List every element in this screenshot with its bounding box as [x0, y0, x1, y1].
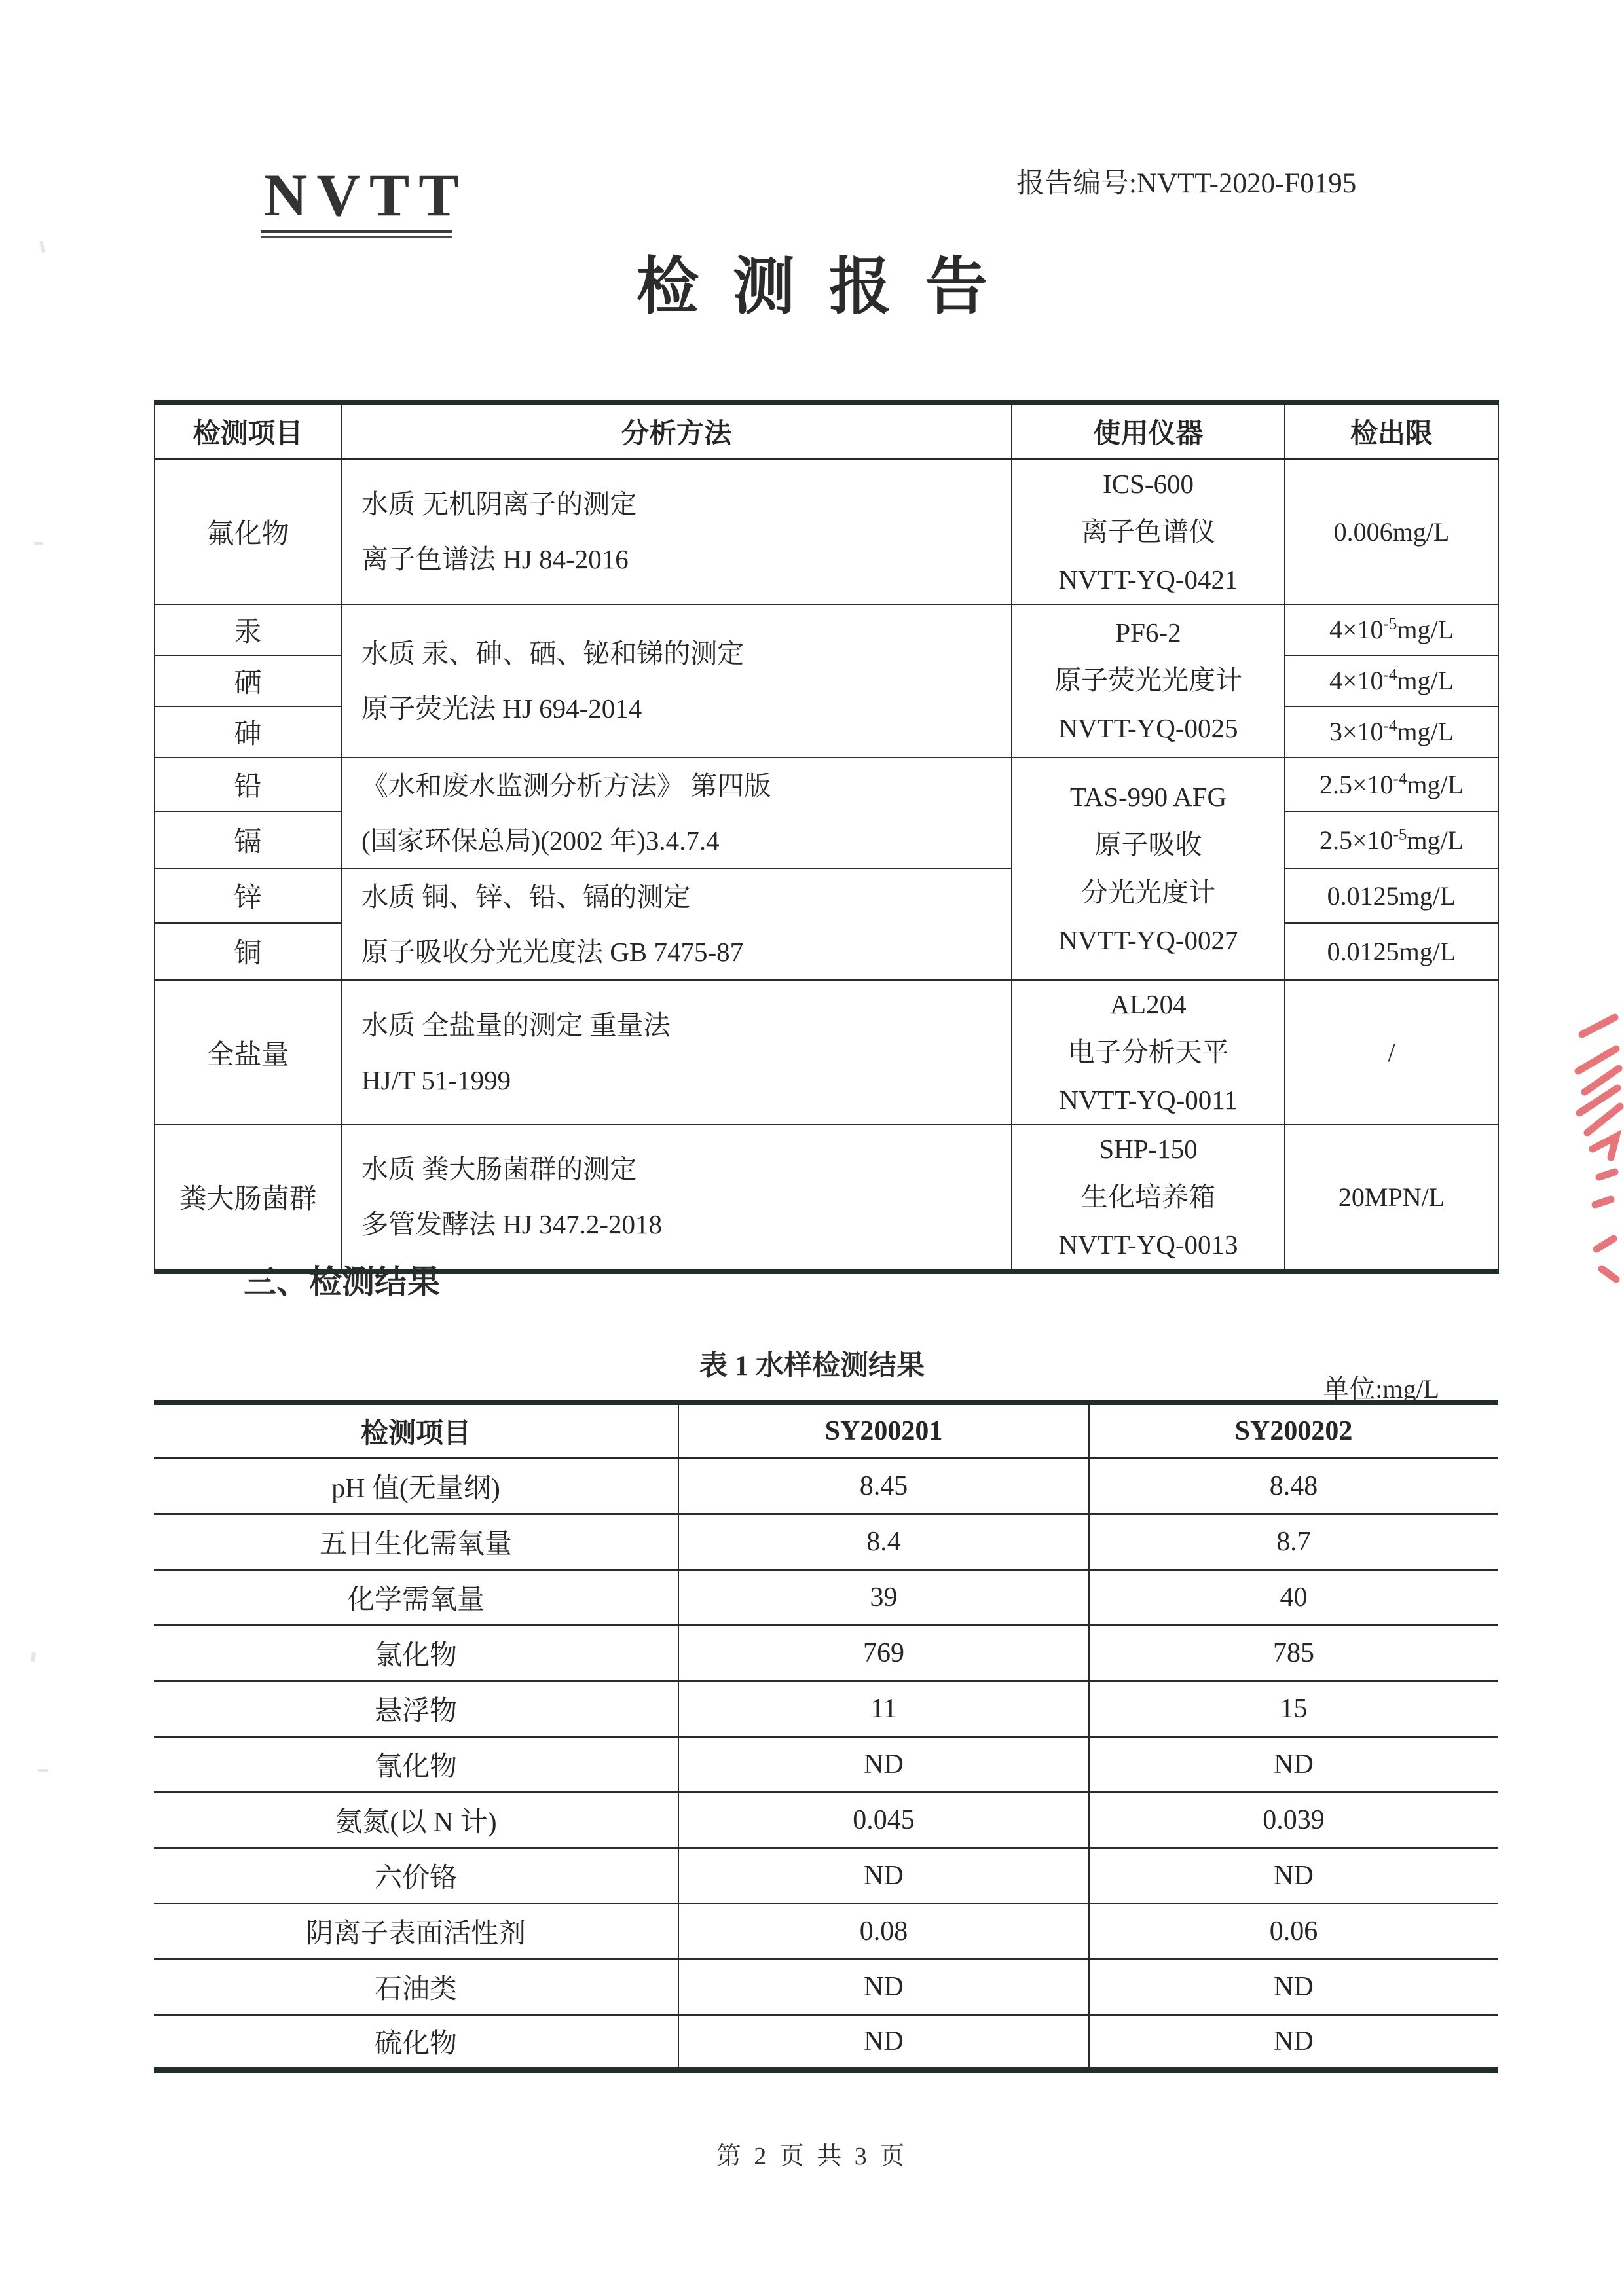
table-row: 全盐量 水质 全盐量的测定 重量法 HJ/T 51-1999 AL204 电子分… — [155, 980, 1498, 1125]
param-cell: 氯化物 — [154, 1625, 678, 1681]
col-header-limit: 检出限 — [1285, 403, 1498, 459]
red-stamp-fragment — [1573, 1008, 1624, 1290]
result-cell: 0.045 — [678, 1792, 1089, 1848]
table-row: 氨氮(以 N 计) 0.045 0.039 — [154, 1792, 1498, 1848]
method-line: 水质 无机阴离子的测定 — [361, 477, 1011, 532]
instrument-line: NVTT-YQ-0013 — [1012, 1221, 1284, 1269]
limit-cell: 4×10-4mg/L — [1285, 655, 1498, 706]
limit-unit: mg/L — [1397, 666, 1454, 695]
report-number-value: NVTT-2020-F0195 — [1137, 168, 1356, 199]
col-header-item: 检测项目 — [154, 1402, 678, 1458]
page-title: 检测报告 — [0, 237, 1624, 326]
scan-artifact — [31, 1652, 36, 1662]
instrument-line: TAS-990 AFG — [1012, 773, 1284, 821]
result-cell: ND — [1089, 2014, 1498, 2070]
result-cell: ND — [678, 2014, 1089, 2070]
result-cell: ND — [678, 1848, 1089, 1903]
method-line: 水质 全盐量的测定 重量法 — [361, 998, 1011, 1053]
method-line: 多管发酵法 HJ 347.2-2018 — [361, 1197, 1011, 1252]
instrument-line: PF6-2 — [1012, 609, 1284, 657]
result-cell: ND — [1089, 1959, 1498, 2014]
report-number-label: 报告编号: — [1016, 168, 1137, 199]
col-header-item: 检测项目 — [155, 403, 341, 459]
page-number: 第 2 页 共 3 页 — [0, 2136, 1624, 2172]
instrument-cell: TAS-990 AFG 原子吸收 分光光度计 NVTT-YQ-0027 — [1012, 757, 1285, 980]
method-line: 水质 粪大肠菌群的测定 — [361, 1142, 1011, 1197]
limit-base: 0.0125mg/L — [1327, 937, 1456, 966]
table-row: 悬浮物 11 15 — [154, 1681, 1498, 1736]
scan-artifact — [38, 1769, 48, 1772]
col-header-method: 分析方法 — [341, 403, 1012, 459]
instrument-cell: ICS-600 离子色谱仪 NVTT-YQ-0421 — [1012, 459, 1285, 604]
param-cell: 化学需氧量 — [154, 1569, 678, 1625]
limit-cell: 2.5×10-5mg/L — [1285, 812, 1498, 869]
param-cell: pH 值(无量纲) — [154, 1458, 678, 1514]
limit-base: 3×10 — [1329, 717, 1384, 746]
result-cell: 15 — [1089, 1681, 1498, 1736]
result-cell: 8.45 — [678, 1458, 1089, 1514]
result-cell: 8.48 — [1089, 1458, 1498, 1514]
method-line: HJ/T 51-1999 — [361, 1053, 1011, 1108]
limit-base: 4×10 — [1329, 666, 1384, 695]
instrument-line: NVTT-YQ-0011 — [1012, 1076, 1284, 1124]
method-cell: 水质 铜、锌、铅、镉的测定 原子吸收分光光度法 GB 7475-87 — [341, 869, 1012, 980]
result-cell: 0.039 — [1089, 1792, 1498, 1848]
table-row: 化学需氧量 39 40 — [154, 1569, 1498, 1625]
method-cell: 水质 无机阴离子的测定 离子色谱法 HJ 84-2016 — [341, 459, 1012, 604]
param-cell: 全盐量 — [155, 980, 341, 1125]
limit-base: 4×10 — [1329, 615, 1384, 644]
result-cell: ND — [1089, 1736, 1498, 1792]
table-row: 五日生化需氧量 8.4 8.7 — [154, 1514, 1498, 1569]
param-cell: 五日生化需氧量 — [154, 1514, 678, 1569]
instrument-line: NVTT-YQ-0421 — [1012, 556, 1284, 604]
param-cell: 石油类 — [154, 1959, 678, 2014]
result-cell: 39 — [678, 1569, 1089, 1625]
limit-base: 0.006mg/L — [1334, 517, 1450, 547]
param-cell: 悬浮物 — [154, 1681, 678, 1736]
method-line: 原子吸收分光光度法 GB 7475-87 — [361, 924, 1011, 979]
table-header-row: 检测项目 分析方法 使用仪器 检出限 — [155, 403, 1498, 459]
limit-base: 0.0125mg/L — [1327, 881, 1456, 911]
method-cell: 《水和废水监测分析方法》 第四版 (国家环保总局)(2002 年)3.4.7.4 — [341, 757, 1012, 869]
table-header-row: 检测项目 SY200201 SY200202 — [154, 1402, 1498, 1458]
limit-cell: 20MPN/L — [1285, 1125, 1498, 1271]
limit-unit: mg/L — [1407, 770, 1464, 799]
instrument-line: AL204 — [1012, 981, 1284, 1029]
param-cell: 氟化物 — [155, 459, 341, 604]
result-cell: 769 — [678, 1625, 1089, 1681]
table-row: 阴离子表面活性剂 0.08 0.06 — [154, 1903, 1498, 1959]
param-cell: 氨氮(以 N 计) — [154, 1792, 678, 1848]
table-row: 氟化物 水质 无机阴离子的测定 离子色谱法 HJ 84-2016 ICS-600… — [155, 459, 1498, 604]
instrument-line: 原子荧光光度计 — [1012, 657, 1284, 704]
param-cell: 阴离子表面活性剂 — [154, 1903, 678, 1959]
param-cell: 硒 — [155, 655, 341, 706]
instrument-cell: AL204 电子分析天平 NVTT-YQ-0011 — [1012, 980, 1285, 1125]
limit-cell: / — [1285, 980, 1498, 1125]
limit-exponent: -5 — [1393, 826, 1407, 844]
method-line: 《水和废水监测分析方法》 第四版 — [361, 758, 1011, 813]
param-cell: 六价铬 — [154, 1848, 678, 1903]
nvtt-logo: NVTT — [264, 165, 468, 225]
limit-base: 2.5×10 — [1319, 826, 1393, 855]
instrument-line: NVTT-YQ-0027 — [1012, 917, 1284, 964]
limit-unit: mg/L — [1397, 615, 1454, 644]
limit-cell: 0.0125mg/L — [1285, 869, 1498, 923]
results-table: 检测项目 SY200201 SY200202 pH 值(无量纲) 8.45 8.… — [154, 1400, 1498, 2073]
param-cell: 硫化物 — [154, 2014, 678, 2070]
table-row: 六价铬 ND ND — [154, 1848, 1498, 1903]
logo-underline — [261, 230, 452, 233]
limit-cell: 3×10-4mg/L — [1285, 706, 1498, 757]
result-cell: 8.4 — [678, 1514, 1089, 1569]
table-row: 石油类 ND ND — [154, 1959, 1498, 2014]
method-line: (国家环保总局)(2002 年)3.4.7.4 — [361, 813, 1011, 868]
instrument-cell: SHP-150 生化培养箱 NVTT-YQ-0013 — [1012, 1125, 1285, 1271]
table-row: 氰化物 ND ND — [154, 1736, 1498, 1792]
methods-table: 检测项目 分析方法 使用仪器 检出限 氟化物 水质 无机阴离子的测定 离子色谱法… — [154, 400, 1499, 1274]
method-cell: 水质 粪大肠菌群的测定 多管发酵法 HJ 347.2-2018 — [341, 1125, 1012, 1271]
method-cell: 水质 全盐量的测定 重量法 HJ/T 51-1999 — [341, 980, 1012, 1125]
instrument-line: ICS-600 — [1012, 460, 1284, 508]
param-cell: 镉 — [155, 812, 341, 869]
report-number: 报告编号:NVTT-2020-F0195 — [1016, 161, 1356, 201]
table-row: 氯化物 769 785 — [154, 1625, 1498, 1681]
limit-exponent: -4 — [1384, 718, 1397, 735]
limit-base: 2.5×10 — [1319, 770, 1393, 799]
instrument-line: 原子吸收 — [1012, 821, 1284, 869]
section-heading: 三、检测结果 — [244, 1256, 440, 1303]
report-page: NVTT 报告编号:NVTT-2020-F0195 检测报告 检测项目 分析方法… — [0, 0, 1624, 2296]
method-line: 离子色谱法 HJ 84-2016 — [361, 532, 1011, 587]
method-line: 水质 汞、砷、硒、铋和锑的测定 — [361, 626, 1011, 681]
param-cell: 锌 — [155, 869, 341, 923]
col-header-sample-1: SY200201 — [678, 1402, 1089, 1458]
table-row: pH 值(无量纲) 8.45 8.48 — [154, 1458, 1498, 1514]
limit-cell: 4×10-5mg/L — [1285, 604, 1498, 655]
limit-base: / — [1388, 1038, 1395, 1067]
method-cell: 水质 汞、砷、硒、铋和锑的测定 原子荧光法 HJ 694-2014 — [341, 604, 1012, 757]
param-cell: 汞 — [155, 604, 341, 655]
instrument-line: 离子色谱仪 — [1012, 508, 1284, 556]
result-cell: 8.7 — [1089, 1514, 1498, 1569]
table-row: 汞 水质 汞、砷、硒、铋和锑的测定 原子荧光法 HJ 694-2014 PF6-… — [155, 604, 1498, 655]
limit-exponent: -4 — [1384, 666, 1397, 684]
scan-artifact — [34, 542, 43, 545]
instrument-line: 电子分析天平 — [1012, 1029, 1284, 1076]
method-line: 水质 铜、锌、铅、镉的测定 — [361, 869, 1011, 924]
result-cell: ND — [678, 1736, 1089, 1792]
result-cell: 785 — [1089, 1625, 1498, 1681]
instrument-line: NVTT-YQ-0025 — [1012, 704, 1284, 752]
limit-cell: 0.0125mg/L — [1285, 923, 1498, 980]
result-cell: 0.06 — [1089, 1903, 1498, 1959]
instrument-line: SHP-150 — [1012, 1125, 1284, 1173]
table-row: 粪大肠菌群 水质 粪大肠菌群的测定 多管发酵法 HJ 347.2-2018 SH… — [155, 1125, 1498, 1271]
instrument-cell: PF6-2 原子荧光光度计 NVTT-YQ-0025 — [1012, 604, 1285, 757]
instrument-line: 分光光度计 — [1012, 869, 1284, 917]
param-cell: 铜 — [155, 923, 341, 980]
limit-unit: mg/L — [1397, 717, 1454, 746]
param-cell: 铅 — [155, 757, 341, 812]
limit-unit: mg/L — [1407, 826, 1464, 855]
table-row: 锌 水质 铜、锌、铅、镉的测定 原子吸收分光光度法 GB 7475-87 0.0… — [155, 869, 1498, 923]
limit-exponent: -4 — [1393, 771, 1407, 788]
result-cell: 0.08 — [678, 1903, 1089, 1959]
limit-cell: 2.5×10-4mg/L — [1285, 757, 1498, 812]
table-row: 硫化物 ND ND — [154, 2014, 1498, 2070]
param-cell: 粪大肠菌群 — [155, 1125, 341, 1271]
param-cell: 氰化物 — [154, 1736, 678, 1792]
param-cell: 砷 — [155, 706, 341, 757]
col-header-instrument: 使用仪器 — [1012, 403, 1285, 459]
limit-exponent: -5 — [1384, 615, 1397, 633]
instrument-line: 生化培养箱 — [1012, 1173, 1284, 1221]
result-cell: ND — [1089, 1848, 1498, 1903]
col-header-sample-2: SY200202 — [1089, 1402, 1498, 1458]
result-cell: ND — [678, 1959, 1089, 2014]
method-line: 原子荧光法 HJ 694-2014 — [361, 681, 1011, 736]
result-cell: 40 — [1089, 1569, 1498, 1625]
limit-cell: 0.006mg/L — [1285, 459, 1498, 604]
limit-base: 20MPN/L — [1338, 1182, 1445, 1212]
result-cell: 11 — [678, 1681, 1089, 1736]
table-row: 铅 《水和废水监测分析方法》 第四版 (国家环保总局)(2002 年)3.4.7… — [155, 757, 1498, 812]
